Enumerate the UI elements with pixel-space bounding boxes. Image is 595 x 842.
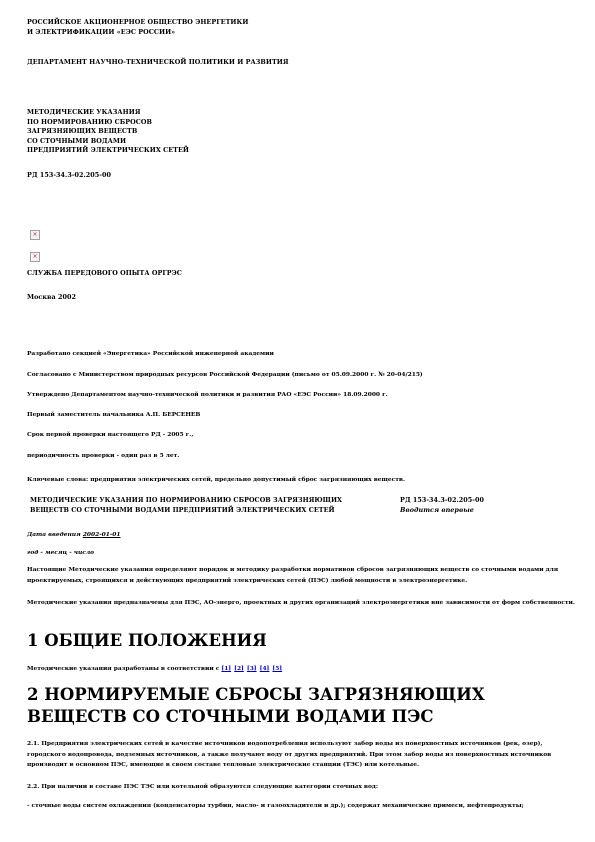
table-code: РД 153-34.3-02.205-00 [400, 496, 484, 506]
reference-link-4[interactable]: [4] [260, 665, 270, 672]
section-2-paragraph-3: - сточные воды систем охлаждения (конден… [27, 801, 577, 812]
publisher-service: СЛУЖБА ПЕРЕДОВОГО ОПЫТА ОРГРЭС [27, 269, 182, 279]
table-title-line: МЕТОДИЧЕСКИЕ УКАЗАНИЯ ПО НОРМИРОВАНИЮ СБ… [30, 496, 342, 506]
department-name: ДЕПАРТАМЕНТ НАУЧНО-ТЕХНИЧЕСКОЙ ПОЛИТИКИ … [27, 58, 289, 68]
approved-by: Утверждено Департаментом научно-техничес… [27, 390, 388, 399]
developed-by: Разработано секцией «Энергетика» Российс… [27, 349, 274, 358]
reference-link-2[interactable]: [2] [234, 665, 244, 672]
first-deputy: Первый заместитель начальника А.П. БЕРСЕ… [27, 410, 200, 419]
broken-image-icon: × [30, 230, 40, 240]
effective-date-label: Дата введения [27, 531, 83, 538]
table-title: МЕТОДИЧЕСКИЕ УКАЗАНИЯ ПО НОРМИРОВАНИЮ СБ… [30, 496, 342, 515]
document-page: РОССИЙСКОЕ АКЦИОНЕРНОЕ ОБЩЕСТВО ЭНЕРГЕТИ… [0, 0, 595, 842]
section-1-text: Методические указания разработаны в соот… [27, 664, 283, 673]
section-2-heading: 2 НОРМИРУЕМЫЕ СБРОСЫ ЗАГРЯЗНЯЮЩИХ ВЕЩЕСТ… [27, 684, 587, 728]
document-title-block: МЕТОДИЧЕСКИЕ УКАЗАНИЯ ПО НОРМИРОВАНИЮ СБ… [27, 108, 189, 156]
broken-image-icon: × [30, 252, 40, 262]
review-period: периодичность проверки - один раз в 5 ле… [27, 451, 179, 460]
title-line: ПО НОРМИРОВАНИЮ СБРОСОВ [27, 118, 189, 128]
section-1-heading: 1 ОБЩИЕ ПОЛОЖЕНИЯ [27, 630, 267, 652]
title-line: ЗАГРЯЗНЯЮЩИХ ВЕЩЕСТВ [27, 127, 189, 137]
title-line: МЕТОДИЧЕСКИЕ УКАЗАНИЯ [27, 108, 189, 118]
effective-date: Дата введения 2002-01-01 [27, 530, 121, 539]
date-format-hint: год - месяц - число [27, 548, 94, 557]
keywords: Ключевые слова: предприятия электрически… [27, 475, 405, 484]
intro-paragraph-2: Методические указания предназначены для … [27, 598, 577, 609]
title-line: СО СТОЧНЫМИ ВОДАМИ [27, 137, 189, 147]
effective-date-value: 2002-01-01 [83, 531, 121, 538]
table-status: Вводится впервые [400, 506, 484, 516]
organization-header: РОССИЙСКОЕ АКЦИОНЕРНОЕ ОБЩЕСТВО ЭНЕРГЕТИ… [27, 18, 248, 37]
reference-link-3[interactable]: [3] [247, 665, 257, 672]
section-2-paragraph-2: 2.2. При наличии в составе ПЭС ТЭС или к… [27, 782, 577, 793]
section-2-paragraph-1: 2.1. Предприятия электрических сетей в к… [27, 739, 577, 771]
title-line: ПРЕДПРИЯТИЙ ЭЛЕКТРИЧЕСКИХ СЕТЕЙ [27, 146, 189, 156]
table-title-line: ВЕЩЕСТВ СО СТОЧНЫМИ ВОДАМИ ПРЕДПРИЯТИЙ Э… [30, 506, 342, 516]
agreed-with: Согласовано с Министерством природных ре… [27, 370, 423, 379]
document-code: РД 153-34.3-02.205-00 [27, 171, 111, 181]
reference-link-5[interactable]: [5] [272, 665, 282, 672]
publisher-city-year: Москва 2002 [27, 293, 76, 303]
org-line-1: РОССИЙСКОЕ АКЦИОНЕРНОЕ ОБЩЕСТВО ЭНЕРГЕТИ… [27, 18, 248, 28]
org-line-2: И ЭЛЕКТРИФИКАЦИИ «ЕЭС РОССИИ» [27, 28, 248, 38]
intro-paragraph-1: Настоящие Методические указания определя… [27, 565, 577, 586]
reference-link-1[interactable]: [1] [221, 665, 231, 672]
review-deadline: Срок первой проверки настоящего РД - 200… [27, 430, 193, 439]
section-1-sentence: Методические указания разработаны в соот… [27, 665, 221, 672]
table-code-column: РД 153-34.3-02.205-00 Вводится впервые [400, 496, 484, 515]
